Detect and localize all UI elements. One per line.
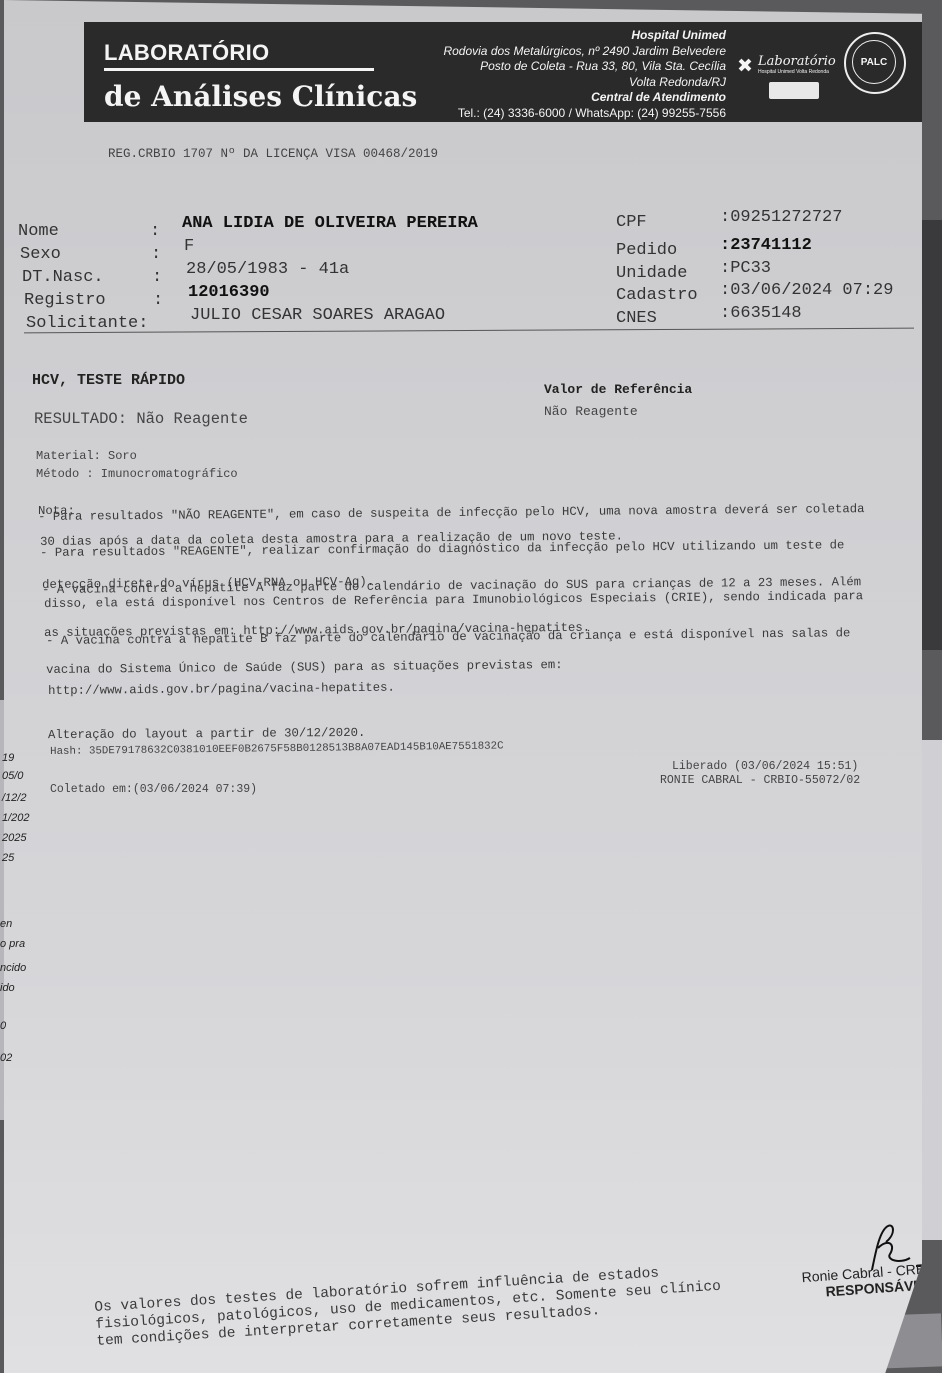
reference-value: Não Reagente bbox=[544, 404, 638, 419]
laboratory-logo: Laboratório Hospital Unimed Volta Redond… bbox=[736, 54, 836, 75]
background-text-fragment: ido bbox=[0, 982, 15, 994]
background-text-fragment: en bbox=[0, 918, 12, 930]
header-divider bbox=[104, 68, 374, 71]
hospital-name: Hospital Unimed bbox=[443, 28, 726, 44]
background-text-fragment: 2025 bbox=[2, 832, 26, 844]
patient-field-label: Sexo bbox=[20, 245, 61, 264]
patient-field-value: :23741112 bbox=[720, 236, 812, 255]
patient-field-value: :09251272727 bbox=[720, 208, 842, 227]
patient-field-label: DT.Nasc. bbox=[22, 268, 104, 287]
central-label: Central de Atendimento bbox=[443, 90, 726, 106]
palc-seal-text: PALC bbox=[852, 40, 896, 84]
patient-field-label: Pedido bbox=[616, 241, 677, 260]
logo-subtitle: Hospital Unimed Volta Redonda bbox=[758, 69, 836, 75]
palc-seal-icon: PALC bbox=[844, 32, 906, 94]
patient-field-label: CNES bbox=[616, 309, 657, 328]
background-text-fragment: 25 bbox=[2, 852, 14, 864]
patient-field-value: F bbox=[184, 237, 194, 256]
background-text-fragment: o pra bbox=[0, 938, 25, 950]
layout-change-note: Alteração do layout a partir de 30/12/20… bbox=[48, 726, 365, 742]
lab-logo-icon bbox=[736, 56, 754, 74]
patient-field-value: JULIO CESAR SOARES ARAGAO bbox=[190, 306, 445, 325]
accreditation-badge bbox=[769, 82, 819, 99]
phone-numbers: Tel.: (24) 3336-6000 / WhatsApp: (24) 99… bbox=[443, 106, 726, 122]
patient-field-value: ANA LIDIA DE OLIVEIRA PEREIRA bbox=[182, 214, 478, 233]
patient-field-value: :6635148 bbox=[720, 304, 802, 323]
released-at: Liberado (03/06/2024 15:51) bbox=[672, 760, 858, 773]
lab-disclaimer: Os valores dos testes de laboratório sof… bbox=[94, 1262, 722, 1351]
released-by: RONIE CABRAL - CRBIO-55072/02 bbox=[660, 774, 860, 787]
patient-field-separator: : bbox=[153, 291, 163, 310]
background-text-fragment: 0 bbox=[0, 1020, 6, 1032]
patient-field-separator: : bbox=[151, 245, 161, 264]
background-text-fragment: 19 bbox=[2, 752, 14, 764]
registration-line: REG.CRBIO 1707 Nº DA LICENÇA VISA 00468/… bbox=[108, 147, 438, 161]
patient-field-separator: : bbox=[150, 222, 160, 241]
signature-block: Ronie Cabral - CRBio: 5 RESPONSÁVEL TÉ bbox=[790, 1259, 942, 1302]
patient-field-value: 12016390 bbox=[188, 283, 270, 302]
patient-field-label: Solicitante: bbox=[26, 314, 148, 333]
reference-label: Valor de Referência bbox=[544, 382, 692, 397]
address-line-1: Rodovia dos Metalúrgicos, nº 2490 Jardim… bbox=[443, 44, 726, 60]
patient-field-label: Cadastro bbox=[616, 286, 698, 305]
background-text-fragment: 02 bbox=[0, 1052, 12, 1064]
exam-material: Material: Soro bbox=[36, 449, 137, 463]
patient-field-value: 28/05/1983 - 41a bbox=[186, 260, 349, 279]
note-line: vacina do Sistema Único de Saúde (SUS) p… bbox=[46, 658, 563, 677]
note-line: http://www.aids.gov.br/pagina/vacina-hep… bbox=[48, 681, 395, 698]
background-dark-edge bbox=[922, 220, 942, 650]
lab-title-line2: de Análises Clínicas bbox=[104, 80, 417, 113]
address-line-2: Posto de Coleta - Rua 33, 80, Vila Sta. … bbox=[443, 59, 726, 75]
background-text-fragment: /12/2 bbox=[2, 792, 26, 804]
exam-title: HCV, TESTE RÁPIDO bbox=[32, 372, 185, 389]
background-text-fragment: 05/0 bbox=[2, 770, 23, 782]
patient-divider bbox=[24, 328, 914, 334]
address-line-3: Volta Redonda/RJ bbox=[443, 75, 726, 91]
report-header: LABORATÓRIO de Análises Clínicas Hospita… bbox=[84, 22, 926, 122]
patient-field-value: :03/06/2024 07:29 bbox=[720, 281, 893, 300]
lab-title-line1: LABORATÓRIO bbox=[104, 40, 269, 66]
lab-report-page: LABORATÓRIO de Análises Clínicas Hospita… bbox=[4, 0, 922, 1373]
patient-field-label: Unidade bbox=[616, 264, 687, 283]
header-address: Hospital Unimed Rodovia dos Metalúrgicos… bbox=[443, 28, 726, 121]
background-text-fragment: 1/202 bbox=[2, 812, 30, 824]
background-text-fragment: ncido bbox=[0, 962, 26, 974]
patient-field-label: Registro bbox=[24, 291, 106, 310]
note-line: - Para resultados "NÃO REAGENTE", em cas… bbox=[38, 502, 865, 524]
background-paper-edge bbox=[922, 740, 942, 1240]
patient-field-label: Nome bbox=[18, 222, 59, 241]
exam-result: RESULTADO: Não Reagente bbox=[34, 410, 248, 428]
logo-title: Laboratório bbox=[758, 54, 836, 69]
patient-field-value: :PC33 bbox=[720, 259, 771, 278]
report-hash: Hash: 35DE79178632C0381010EEF0B2675F58B0… bbox=[50, 740, 504, 758]
patient-field-label: CPF bbox=[616, 213, 647, 232]
collected-at: Coletado em:(03/06/2024 07:39) bbox=[50, 783, 257, 796]
exam-method: Método : Imunocromatográfico bbox=[36, 467, 238, 481]
patient-field-separator: : bbox=[152, 268, 162, 287]
